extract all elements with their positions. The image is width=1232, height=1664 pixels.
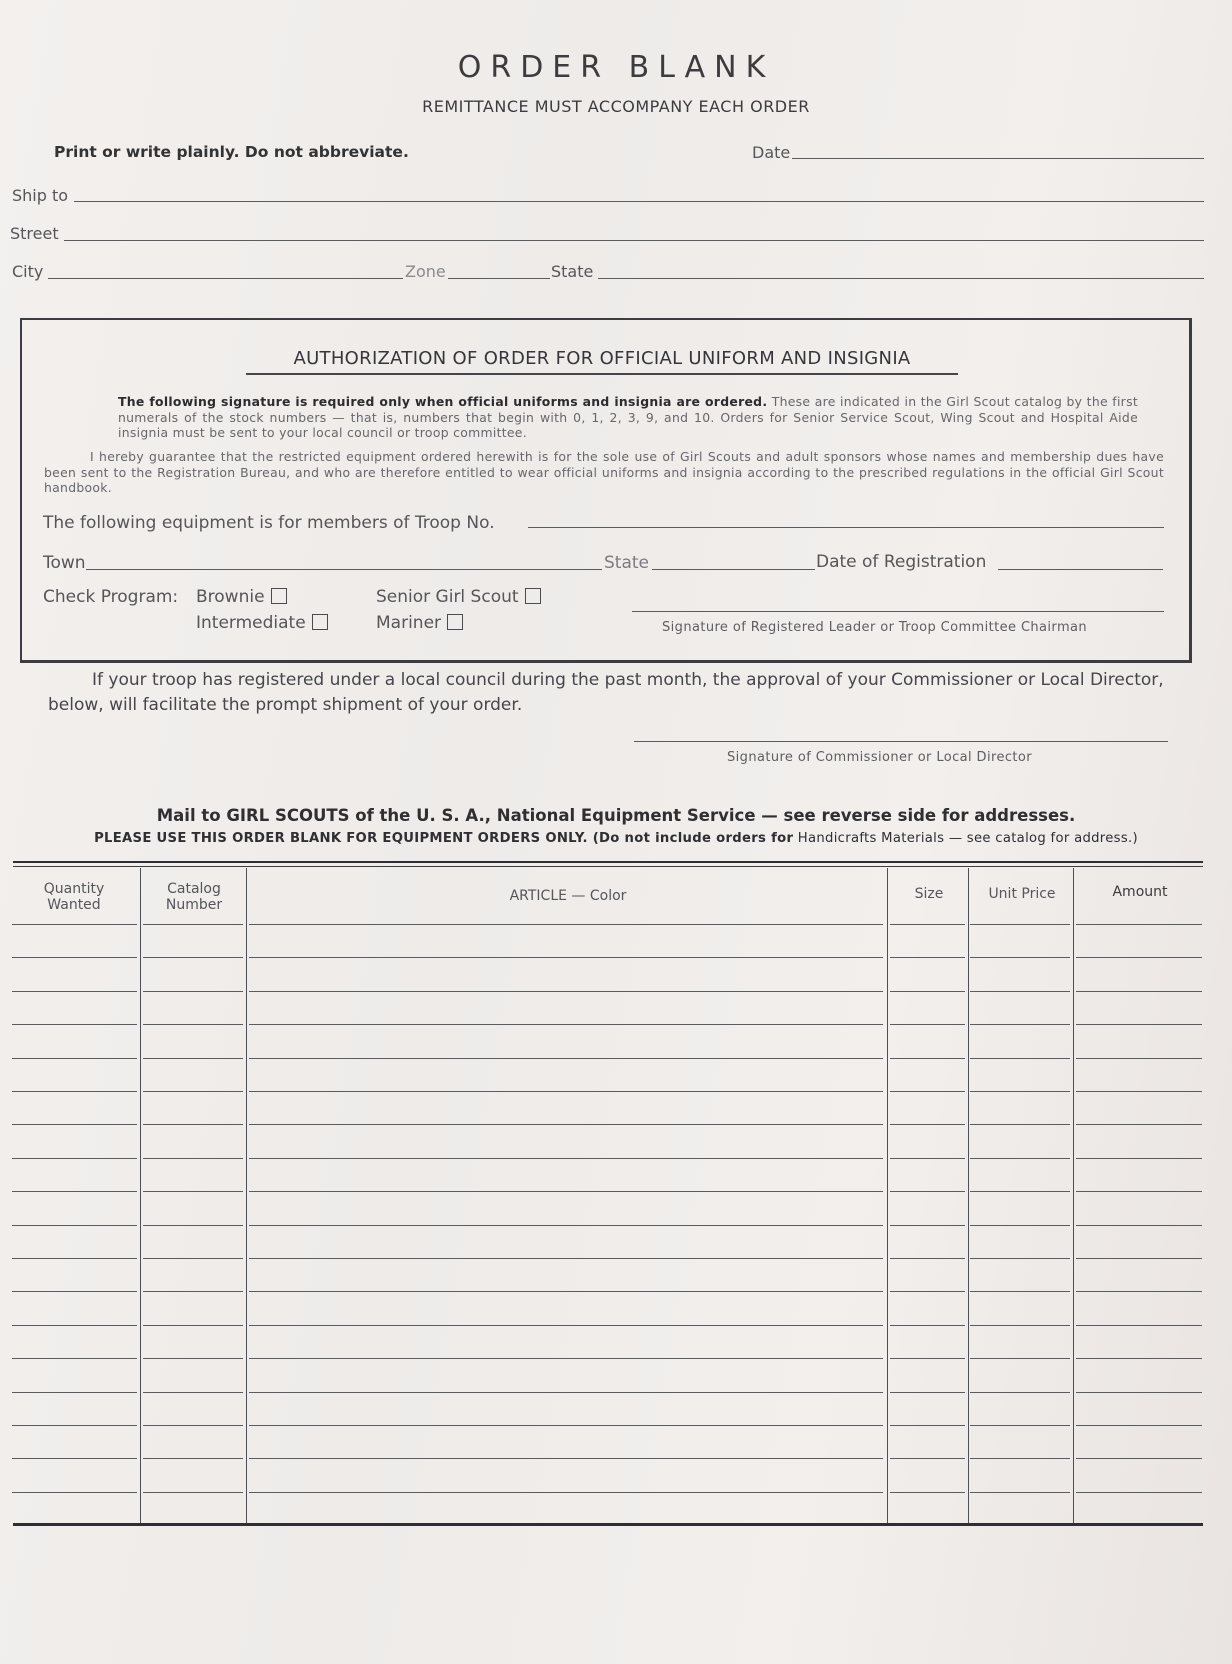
size-cell[interactable] (893, 934, 966, 956)
row-rule (1076, 1091, 1202, 1092)
quantity-cell[interactable] (15, 1502, 138, 1524)
row-rule (890, 1091, 965, 1092)
row-rule (890, 1258, 965, 1259)
street-label: Street (10, 224, 59, 243)
date-label: Date (752, 143, 790, 162)
quantity-cell[interactable] (15, 1435, 138, 1457)
row-rule (1076, 1124, 1202, 1125)
row-rule (1076, 1492, 1202, 1493)
article-cell[interactable] (252, 1335, 884, 1357)
equipment-only-notice: PLEASE USE THIS ORDER BLANK FOR EQUIPMEN… (0, 831, 1232, 846)
table-top-rule-inner (13, 866, 1203, 867)
commissioner-note: If your troop has registered under a loc… (48, 668, 1168, 718)
amount-cell[interactable] (1079, 1034, 1203, 1056)
program-intermediate: Intermediate (196, 613, 328, 633)
row-rule (249, 1325, 883, 1326)
column-header-quantity: Quantity Wanted (12, 881, 136, 913)
row-rule (1076, 1358, 1202, 1359)
row-rule (143, 1158, 243, 1159)
authorization-title: AUTHORIZATION OF ORDER FOR OFFICIAL UNIF… (246, 348, 958, 375)
amount-cell[interactable] (1079, 1001, 1203, 1023)
row-rule (12, 991, 137, 992)
troop-label: The following equipment is for members o… (43, 513, 495, 533)
quantity-cell[interactable] (15, 1468, 138, 1490)
quantity-cell[interactable] (15, 1368, 138, 1390)
row-rule (12, 1458, 137, 1459)
size-cell[interactable] (893, 1402, 966, 1424)
column-header-catalog: Catalog Number (143, 881, 245, 913)
unit_price-cell[interactable] (973, 1502, 1071, 1524)
row-rule (1076, 1458, 1202, 1459)
row-rule (143, 1425, 243, 1426)
catalog-cell[interactable] (146, 1402, 244, 1424)
row-rule (143, 1191, 243, 1192)
row-rule (890, 1191, 965, 1192)
page-subtitle: REMITTANCE MUST ACCOMPANY EACH ORDER (0, 97, 1232, 116)
row-rule (249, 957, 883, 958)
row-rule (1076, 1291, 1202, 1292)
size-cell[interactable] (893, 1335, 966, 1357)
state-field[interactable] (602, 257, 1202, 279)
row-rule (890, 1325, 965, 1326)
row-rule (143, 991, 243, 992)
amount-cell[interactable] (1079, 1268, 1203, 1290)
quantity-cell[interactable] (15, 1068, 138, 1090)
brownie-checkbox[interactable] (271, 588, 287, 604)
row-rule (1076, 1392, 1202, 1393)
row-rule (890, 1291, 965, 1292)
row-rule (1076, 1191, 1202, 1192)
catalog-cell[interactable] (146, 1168, 244, 1190)
amount-cell[interactable] (1079, 1134, 1203, 1156)
town-field[interactable] (90, 548, 600, 570)
row-rule (12, 1492, 137, 1493)
unit_price-cell[interactable] (973, 1168, 1071, 1190)
row-rule (249, 991, 883, 992)
catalog-cell[interactable] (146, 1435, 244, 1457)
senior-girl-scout-checkbox[interactable] (525, 588, 541, 604)
unit_price-cell[interactable] (973, 1068, 1071, 1090)
column-divider (140, 868, 141, 1523)
state-label: State (551, 262, 593, 281)
leader-signature-field[interactable] (636, 588, 1164, 610)
row-rule (970, 1225, 1070, 1226)
amount-cell[interactable] (1079, 1368, 1203, 1390)
catalog-cell[interactable] (146, 1468, 244, 1490)
quantity-cell[interactable] (15, 1001, 138, 1023)
row-rule (890, 924, 965, 925)
row-rule (12, 1024, 137, 1025)
article-cell[interactable] (252, 1201, 884, 1223)
unit_price-cell[interactable] (973, 1301, 1071, 1323)
article-cell[interactable] (252, 1402, 884, 1424)
unit_price-cell[interactable] (973, 1402, 1071, 1424)
quantity-cell[interactable] (15, 1235, 138, 1257)
row-rule (143, 1058, 243, 1059)
article-cell[interactable] (252, 934, 884, 956)
mailing-instruction: Mail to GIRL SCOUTS of the U. S. A., Nat… (0, 806, 1232, 825)
row-rule (249, 1158, 883, 1159)
row-rule (970, 1158, 1070, 1159)
size-cell[interactable] (893, 1101, 966, 1123)
amount-cell[interactable] (1079, 1201, 1203, 1223)
row-rule (890, 1124, 965, 1125)
row-rule (12, 924, 137, 925)
size-cell[interactable] (893, 1235, 966, 1257)
unit_price-cell[interactable] (973, 1468, 1071, 1490)
row-rule (143, 1358, 243, 1359)
row-rule (12, 957, 137, 958)
column-header-article: ARTICLE — Color (248, 888, 888, 904)
row-rule (970, 1358, 1070, 1359)
catalog-cell[interactable] (146, 1068, 244, 1090)
handicrafts-note-rest: Handicrafts Materials — see catalog for … (793, 831, 1138, 846)
quantity-header-line1: Quantity Wanted (44, 881, 105, 913)
row-rule (249, 1458, 883, 1459)
row-rule (890, 957, 965, 958)
row-rule (249, 1091, 883, 1092)
amount-cell[interactable] (1079, 967, 1203, 989)
row-rule (970, 1291, 1070, 1292)
intermediate-label: Intermediate (196, 613, 306, 633)
catalog-cell[interactable] (146, 934, 244, 956)
page-title: ORDER BLANK (0, 50, 1232, 85)
article-cell[interactable] (252, 1235, 884, 1257)
column-divider (887, 868, 888, 1523)
city-field[interactable] (52, 257, 401, 279)
row-rule (143, 1325, 243, 1326)
leader-signature-line (632, 611, 1164, 612)
column-divider (1073, 868, 1074, 1523)
commissioner-signature-field[interactable] (638, 718, 1168, 740)
senior-girl-scout-label: Senior Girl Scout (376, 587, 519, 607)
row-rule (1076, 1258, 1202, 1259)
row-rule (890, 1024, 965, 1025)
row-rule (249, 1024, 883, 1025)
article-cell[interactable] (252, 1368, 884, 1390)
article-cell[interactable] (252, 1168, 884, 1190)
brownie-label: Brownie (196, 587, 265, 607)
row-rule (970, 924, 1070, 925)
amount-cell[interactable] (1079, 1435, 1203, 1457)
row-rule (143, 1124, 243, 1125)
check-program-label: Check Program: (43, 587, 178, 607)
row-rule (249, 1425, 883, 1426)
column-divider (968, 868, 969, 1523)
zone-label: Zone (405, 262, 446, 281)
size-cell[interactable] (893, 1268, 966, 1290)
row-rule (12, 1425, 137, 1426)
size-cell[interactable] (893, 1368, 966, 1390)
amount-cell[interactable] (1079, 1168, 1203, 1190)
row-rule (1076, 924, 1202, 925)
row-rule (143, 1458, 243, 1459)
street-field[interactable] (70, 219, 1194, 241)
ship-to-label: Ship to (12, 186, 68, 205)
authorization-paragraph-1: The following signature is required only… (118, 394, 1138, 441)
article-cell[interactable] (252, 1468, 884, 1490)
row-rule (12, 1392, 137, 1393)
column-header-amount: Amount (1075, 884, 1205, 900)
row-rule (1076, 1425, 1202, 1426)
catalog-cell[interactable] (146, 1235, 244, 1257)
row-rule (143, 1392, 243, 1393)
quantity-cell[interactable] (15, 1301, 138, 1323)
commissioner-signature-caption: Signature of Commissioner or Local Direc… (727, 750, 1032, 765)
row-rule (970, 1392, 1070, 1393)
quantity-cell[interactable] (15, 1268, 138, 1290)
authorization-paragraph-1-bold: The following signature is required only… (118, 394, 767, 409)
size-cell[interactable] (893, 1134, 966, 1156)
row-rule (12, 1225, 137, 1226)
row-rule (249, 1392, 883, 1393)
amount-cell[interactable] (1079, 1301, 1203, 1323)
catalog-cell[interactable] (146, 1201, 244, 1223)
unit_price-cell[interactable] (973, 1268, 1071, 1290)
article-cell[interactable] (252, 1301, 884, 1323)
article-cell[interactable] (252, 1502, 884, 1524)
size-cell[interactable] (893, 1502, 966, 1524)
catalog-cell[interactable] (146, 1268, 244, 1290)
size-cell[interactable] (893, 1168, 966, 1190)
row-rule (1076, 1158, 1202, 1159)
row-rule (890, 991, 965, 992)
city-label: City (12, 262, 43, 281)
quantity-cell[interactable] (15, 1201, 138, 1223)
handicrafts-note-bold: (Do not include orders for (593, 831, 794, 846)
row-rule (249, 924, 883, 925)
quantity-cell[interactable] (15, 1101, 138, 1123)
table-top-rule (13, 861, 1203, 863)
authorization-paragraph-2: I hereby guarantee that the restricted e… (44, 449, 1164, 496)
article-cell[interactable] (252, 1068, 884, 1090)
row-rule (970, 1258, 1070, 1259)
program-senior: Senior Girl Scout (376, 587, 541, 607)
size-cell[interactable] (893, 1001, 966, 1023)
row-rule (890, 1425, 965, 1426)
row-rule (143, 1225, 243, 1226)
unit_price-cell[interactable] (973, 1435, 1071, 1457)
amount-cell[interactable] (1079, 1402, 1203, 1424)
amount-cell[interactable] (1079, 1468, 1203, 1490)
commissioner-signature-line (634, 741, 1168, 742)
amount-cell[interactable] (1079, 1502, 1203, 1524)
column-header-size: Size (889, 886, 969, 902)
quantity-cell[interactable] (15, 1168, 138, 1190)
row-rule (970, 1191, 1070, 1192)
quantity-cell[interactable] (15, 1034, 138, 1056)
unit_price-cell[interactable] (973, 1034, 1071, 1056)
quantity-cell[interactable] (15, 934, 138, 956)
row-rule (970, 1024, 1070, 1025)
row-rule (12, 1325, 137, 1326)
catalog-cell[interactable] (146, 1335, 244, 1357)
size-cell[interactable] (893, 1435, 966, 1457)
unit_price-cell[interactable] (973, 1101, 1071, 1123)
amount-cell[interactable] (1079, 1335, 1203, 1357)
row-rule (970, 1124, 1070, 1125)
article-cell[interactable] (252, 1001, 884, 1023)
row-rule (1076, 1058, 1202, 1059)
unit_price-cell[interactable] (973, 1235, 1071, 1257)
row-rule (890, 1058, 965, 1059)
quantity-cell[interactable] (15, 967, 138, 989)
size-cell[interactable] (893, 1468, 966, 1490)
size-cell[interactable] (893, 1068, 966, 1090)
row-rule (143, 1258, 243, 1259)
row-rule (1076, 991, 1202, 992)
row-rule (970, 1325, 1070, 1326)
program-brownie: Brownie (196, 587, 287, 607)
row-rule (970, 991, 1070, 992)
auth-state-field[interactable] (656, 548, 815, 570)
zone-field[interactable] (452, 257, 550, 279)
column-divider (246, 868, 247, 1523)
town-label: Town (43, 553, 86, 573)
article-cell[interactable] (252, 967, 884, 989)
row-rule (249, 1225, 883, 1226)
mariner-label: Mariner (376, 613, 441, 633)
unit_price-cell[interactable] (973, 967, 1071, 989)
row-rule (890, 1492, 965, 1493)
row-rule (970, 1425, 1070, 1426)
amount-cell[interactable] (1079, 1235, 1203, 1257)
leader-signature-caption: Signature of Registered Leader or Troop … (662, 620, 1087, 635)
catalog-cell[interactable] (146, 1502, 244, 1524)
instruction-text: Print or write plainly. Do not abbreviat… (54, 143, 409, 161)
catalog-cell[interactable] (146, 967, 244, 989)
unit_price-cell[interactable] (973, 934, 1071, 956)
row-rule (249, 1058, 883, 1059)
catalog-cell[interactable] (146, 1034, 244, 1056)
intermediate-checkbox[interactable] (312, 614, 328, 630)
row-rule (12, 1124, 137, 1125)
date-field[interactable] (796, 138, 1200, 160)
row-rule (143, 924, 243, 925)
equipment-only-bold: PLEASE USE THIS ORDER BLANK FOR EQUIPMEN… (94, 831, 588, 846)
quantity-cell[interactable] (15, 1402, 138, 1424)
program-mariner: Mariner (376, 613, 463, 633)
troop-number-field[interactable] (532, 506, 1162, 528)
column-header-unit-price: Unit Price (969, 886, 1075, 902)
row-rule (249, 1124, 883, 1125)
row-rule (12, 1291, 137, 1292)
row-rule (1076, 1225, 1202, 1226)
amount-cell[interactable] (1079, 1101, 1203, 1123)
row-rule (890, 1158, 965, 1159)
unit_price-cell[interactable] (973, 1335, 1071, 1357)
quantity-cell[interactable] (15, 1134, 138, 1156)
row-rule (143, 1091, 243, 1092)
catalog-cell[interactable] (146, 1101, 244, 1123)
size-cell[interactable] (893, 1034, 966, 1056)
row-rule (1076, 1325, 1202, 1326)
row-rule (249, 1258, 883, 1259)
row-rule (12, 1058, 137, 1059)
article-cell[interactable] (252, 1101, 884, 1123)
article-cell[interactable] (252, 1134, 884, 1156)
row-rule (143, 957, 243, 958)
unit_price-cell[interactable] (973, 1001, 1071, 1023)
article-cell[interactable] (252, 1034, 884, 1056)
row-rule (12, 1191, 137, 1192)
row-rule (970, 1492, 1070, 1493)
catalog-cell[interactable] (146, 1134, 244, 1156)
row-rule (890, 1392, 965, 1393)
auth-state-label: State (604, 553, 649, 573)
catalog-cell[interactable] (146, 1301, 244, 1323)
amount-cell[interactable] (1079, 1068, 1203, 1090)
size-cell[interactable] (893, 1201, 966, 1223)
row-rule (970, 957, 1070, 958)
registration-date-label: Date of Registration (816, 552, 986, 572)
row-rule (12, 1158, 137, 1159)
row-rule (970, 1458, 1070, 1459)
registration-date-field[interactable] (1002, 548, 1163, 570)
article-cell[interactable] (252, 1435, 884, 1457)
row-rule (970, 1058, 1070, 1059)
row-rule (890, 1458, 965, 1459)
unit_price-cell[interactable] (973, 1201, 1071, 1223)
row-rule (249, 1492, 883, 1493)
size-cell[interactable] (893, 967, 966, 989)
row-rule (12, 1258, 137, 1259)
catalog-cell[interactable] (146, 1001, 244, 1023)
row-rule (12, 1091, 137, 1092)
row-rule (890, 1225, 965, 1226)
unit_price-cell[interactable] (973, 1368, 1071, 1390)
amount-cell[interactable] (1079, 934, 1203, 956)
row-rule (970, 1091, 1070, 1092)
row-rule (12, 1358, 137, 1359)
mariner-checkbox[interactable] (447, 614, 463, 630)
row-rule (143, 1024, 243, 1025)
catalog-cell[interactable] (146, 1368, 244, 1390)
row-rule (143, 1492, 243, 1493)
row-rule (1076, 1024, 1202, 1025)
row-rule (249, 1358, 883, 1359)
row-rule (143, 1291, 243, 1292)
row-rule (249, 1191, 883, 1192)
row-rule (249, 1291, 883, 1292)
quantity-cell[interactable] (15, 1335, 138, 1357)
ship-to-field[interactable] (80, 180, 1194, 202)
article-cell[interactable] (252, 1268, 884, 1290)
size-cell[interactable] (893, 1301, 966, 1323)
row-rule (1076, 957, 1202, 958)
unit_price-cell[interactable] (973, 1134, 1071, 1156)
row-rule (890, 1358, 965, 1359)
catalog-header-line1: Catalog Number (166, 881, 222, 913)
